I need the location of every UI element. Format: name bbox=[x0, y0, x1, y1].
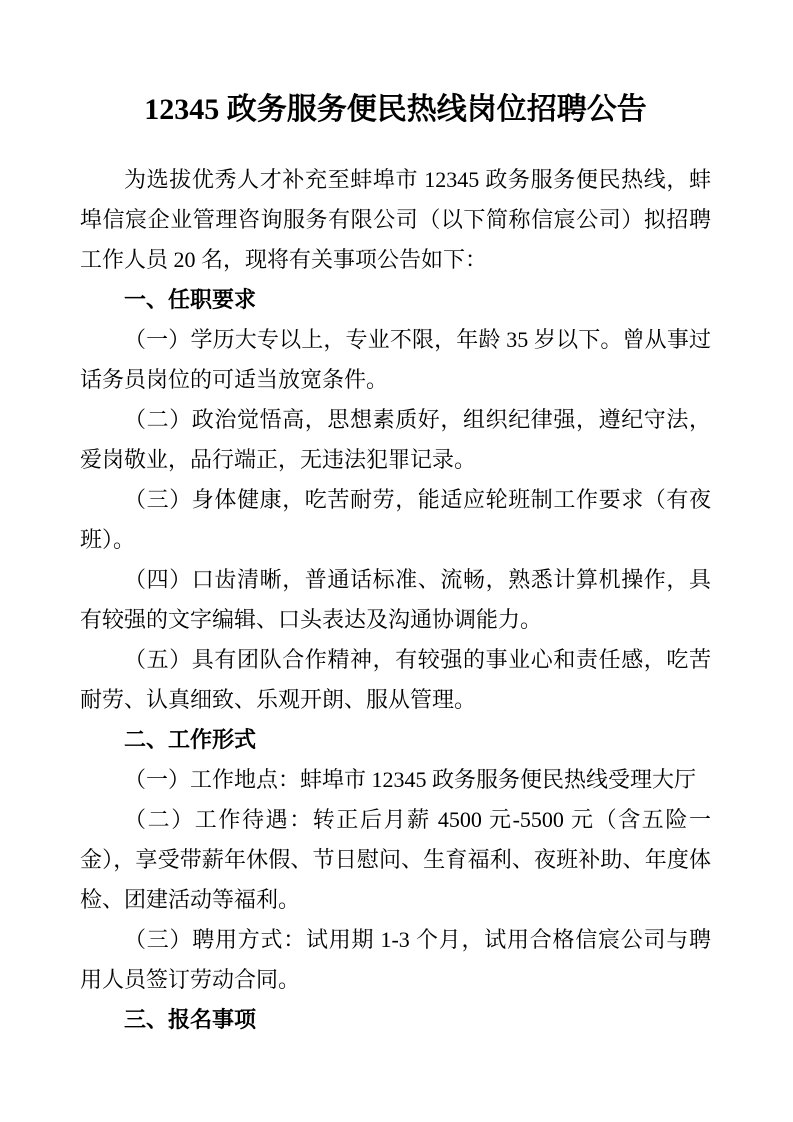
requirement-item-2: （二）政治觉悟高，思想素质好，组织纪律强，遵纪守法，爱岗敬业，品行端正，无违法犯… bbox=[80, 400, 711, 480]
intro-paragraph: 为选拔优秀人才补充至蚌埠市 12345 政务服务便民热线，蚌埠信宸企业管理咨询服… bbox=[80, 160, 711, 280]
work-item-contract: （三）聘用方式：试用期 1-3 个月，试用合格信宸公司与聘用人员签订劳动合同。 bbox=[80, 920, 711, 1000]
section-heading-registration: 三、报名事项 bbox=[80, 1000, 711, 1040]
requirement-item-3: （三）身体健康，吃苦耐劳，能适应轮班制工作要求（有夜班）。 bbox=[80, 480, 711, 560]
section-heading-requirements: 一、任职要求 bbox=[80, 280, 711, 320]
requirement-item-5: （五）具有团队合作精神，有较强的事业心和责任感，吃苦耐劳、认真细致、乐观开朗、服… bbox=[80, 640, 711, 720]
work-item-location: （一）工作地点：蚌埠市 12345 政务服务便民热线受理大厅 bbox=[80, 760, 711, 800]
requirement-item-4: （四）口齿清晰，普通话标准、流畅，熟悉计算机操作，具有较强的文字编辑、口头表达及… bbox=[80, 560, 711, 640]
document-title: 12345 政务服务便民热线岗位招聘公告 bbox=[80, 88, 711, 132]
document-page: 12345 政务服务便民热线岗位招聘公告 为选拔优秀人才补充至蚌埠市 12345… bbox=[0, 0, 793, 1122]
requirement-item-1: （一）学历大专以上，专业不限，年龄 35 岁以下。曾从事过话务员岗位的可适当放宽… bbox=[80, 320, 711, 400]
section-heading-work-form: 二、工作形式 bbox=[80, 720, 711, 760]
work-item-salary: （二）工作待遇：转正后月薪 4500 元-5500 元（含五险一金），享受带薪年… bbox=[80, 800, 711, 920]
